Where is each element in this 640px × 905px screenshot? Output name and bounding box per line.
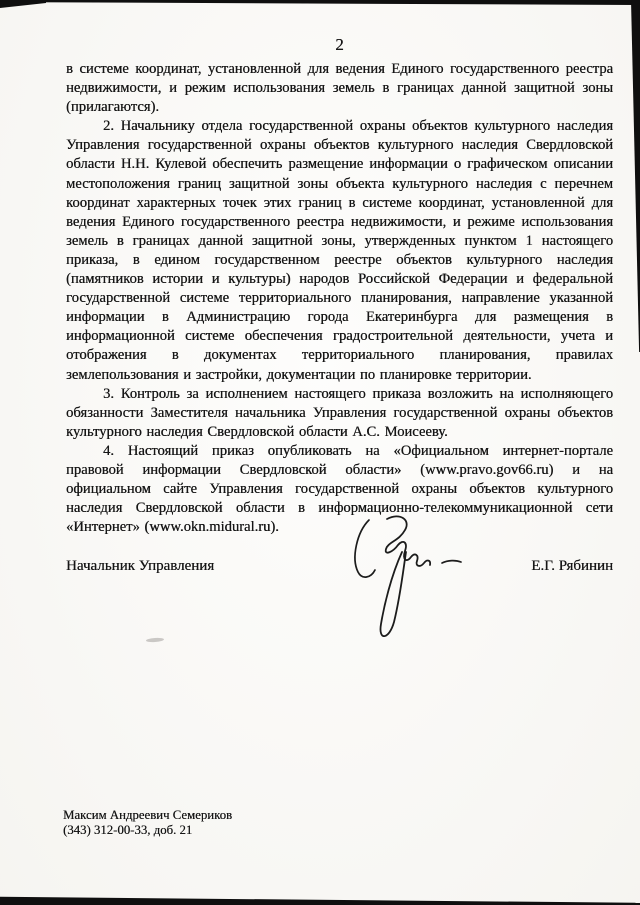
scan-edge-right xyxy=(631,0,640,352)
scan-smudge xyxy=(146,637,164,642)
paragraph-continuation: в системе координат, установленной для в… xyxy=(66,60,613,117)
paragraph-item-3: 3. Контроль за исполнением настоящего пр… xyxy=(66,385,613,442)
scan-edge-top xyxy=(0,0,640,5)
handwritten-signature-icon xyxy=(330,514,490,664)
scanned-document-page: 2 в системе координат, установленной для… xyxy=(0,0,640,905)
contact-footer: Максим Андреевич Семериков (343) 312-00-… xyxy=(63,808,232,838)
document-body: в системе координат, установленной для в… xyxy=(66,60,613,537)
contact-name: Максим Андреевич Семериков xyxy=(63,808,232,823)
page-number: 2 xyxy=(66,35,613,55)
scan-edge-bottom xyxy=(0,895,640,905)
signer-position-label: Начальник Управления xyxy=(66,558,214,575)
contact-phone: (343) 312-00-33, доб. 21 xyxy=(63,823,232,838)
paragraph-item-2: 2. Начальнику отдела государственной охр… xyxy=(66,117,613,384)
scan-edge-top-left-corner xyxy=(0,0,46,8)
signer-name: Е.Г. Рябинин xyxy=(531,558,613,575)
